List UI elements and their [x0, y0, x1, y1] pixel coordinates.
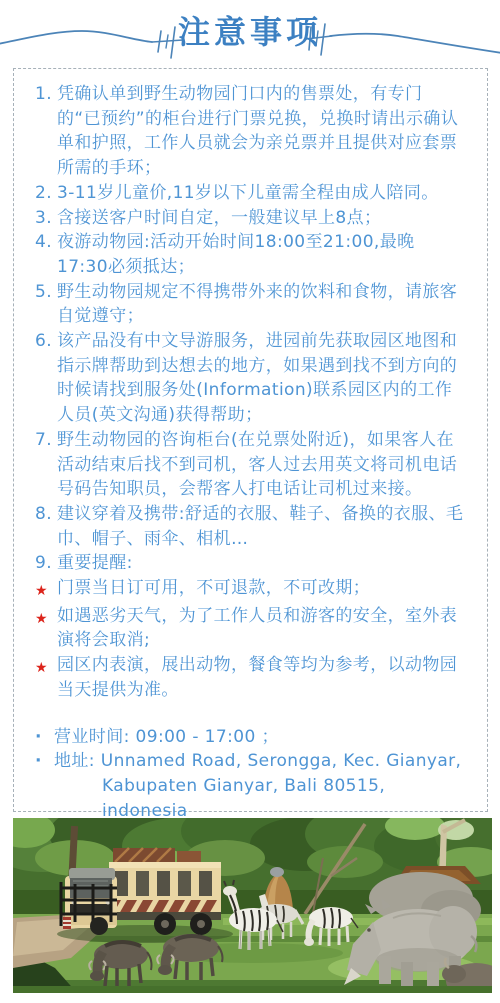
address-label: 地址: — [54, 751, 95, 771]
item-number: 2. — [35, 181, 57, 206]
item-text: 含接送客户时间自定，一般建议早上8点； — [57, 206, 465, 231]
page-title: 注意事项 — [0, 7, 500, 53]
note-item: 9. 重要提醒: — [35, 551, 465, 576]
item-text: 建议穿着及携带:舒适的衣服、鞋子、备换的衣服、毛巾、帽子、雨伞、相机… — [57, 502, 465, 551]
highlight-text: 如遇恶劣天气，为了工作人员和游客的安全，室外表演将会取消; — [57, 604, 465, 653]
note-item: 6. 该产品没有中文导游服务，进园前先获取园区地图和指示牌帮助到达想去的地方，如… — [35, 329, 465, 428]
item-number: 8. — [35, 502, 57, 527]
business-hours-text: 营业时间: 09:00 - 17:00 ； — [54, 725, 465, 750]
note-item: 2. 3-11岁儿童价,11岁以下儿童需全程由成人陪同。 — [35, 181, 465, 206]
item-text: 野生动物园的咨询柜台(在兑票处附近)，如果客人在活动结束后找不到司机，客人过去用… — [57, 428, 465, 502]
item-number: 3. — [35, 206, 57, 231]
note-item: 4. 夜游动物园:活动开始时间18:00至21:00,最晚17:30必须抵达； — [35, 230, 465, 279]
item-text: 3-11岁儿童价,11岁以下儿童需全程由成人陪同。 — [57, 181, 465, 206]
header: 注意事项 — [0, 0, 500, 68]
item-number: 4. — [35, 230, 57, 255]
note-item: 5. 野生动物园规定不得携带外来的饮料和食物，请旅客自觉遵守； — [35, 280, 465, 329]
highlight-item: ★ 园区内表演，展出动物，餐食等均为参考，以动物园当天提供为准。 — [35, 653, 465, 702]
star-icon: ★ — [35, 576, 57, 604]
bullet-dot-icon: · — [35, 749, 54, 774]
address-line2: Kabupaten Gianyar, Bali 80515, indonesia — [54, 774, 465, 823]
address-text: 地址: Unnamed Road, Serongga, Kec. Gianyar… — [54, 749, 465, 823]
safari-photo-illustration — [13, 818, 492, 993]
item-number: 6. — [35, 329, 57, 354]
address-row: · 地址: Unnamed Road, Serongga, Kec. Giany… — [35, 749, 465, 823]
address-line1: Unnamed Road, Serongga, Kec. Gianyar, — [101, 751, 462, 771]
business-hours-row: · 营业时间: 09:00 - 17:00 ； — [35, 725, 465, 750]
highlight-text: 门票当日订可用，不可退款，不可改期； — [57, 576, 465, 601]
note-item: 7. 野生动物园的咨询柜台(在兑票处附近)，如果客人在活动结束后找不到司机，客人… — [35, 428, 465, 502]
note-item: 1. 凭确认单到野生动物园门口内的售票处，有专门的“已预约”的柜台进行门票兑换，… — [35, 82, 465, 181]
note-item: 8. 建议穿着及携带:舒适的衣服、鞋子、备换的衣服、毛巾、帽子、雨伞、相机… — [35, 502, 465, 551]
item-text: 重要提醒: — [57, 551, 465, 576]
info-section: · 营业时间: 09:00 - 17:00 ； · 地址: Unnamed Ro… — [35, 725, 465, 824]
item-text: 该产品没有中文导游服务，进园前先获取园区地图和指示牌帮助到达想去的地方，如果遇到… — [57, 329, 465, 428]
highlight-text: 园区内表演，展出动物，餐食等均为参考，以动物园当天提供为准。 — [57, 653, 465, 702]
notice-box: 1. 凭确认单到野生动物园门口内的售票处，有专门的“已预约”的柜台进行门票兑换，… — [13, 68, 488, 812]
star-icon: ★ — [35, 653, 57, 681]
item-number: 5. — [35, 280, 57, 305]
item-text: 凭确认单到野生动物园门口内的售票处，有专门的“已预约”的柜台进行门票兑换，兑换时… — [57, 82, 465, 181]
highlight-item: ★ 门票当日订可用，不可退款，不可改期； — [35, 576, 465, 604]
item-text: 野生动物园规定不得携带外来的饮料和食物，请旅客自觉遵守； — [57, 280, 465, 329]
star-icon: ★ — [35, 604, 57, 632]
note-item: 3. 含接送客户时间自定，一般建议早上8点； — [35, 206, 465, 231]
item-text: 夜游动物园:活动开始时间18:00至21:00,最晚17:30必须抵达； — [57, 230, 465, 279]
item-number: 1. — [35, 82, 57, 107]
item-number: 7. — [35, 428, 57, 453]
highlight-item: ★ 如遇恶劣天气，为了工作人员和游客的安全，室外表演将会取消; — [35, 604, 465, 653]
bullet-dot-icon: · — [35, 725, 54, 750]
item-number: 9. — [35, 551, 57, 576]
safari-park-photo — [13, 818, 492, 993]
